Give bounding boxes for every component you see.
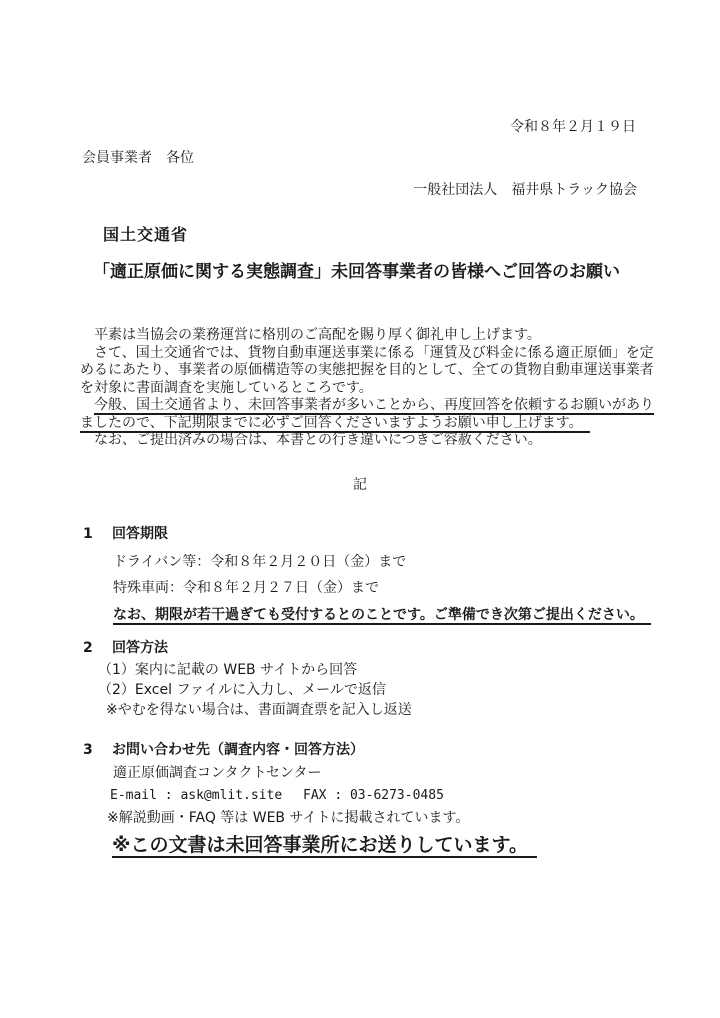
deadline-driver-van-line: ドライバン等：令和８年２月２０日（金）まで: [113, 553, 406, 571]
section-3-number: 3: [83, 741, 112, 759]
section-2-heading: 2回答方法: [83, 639, 168, 657]
deadline-special-vehicle-line: 特殊車両：令和８年２月２７日（金）まで: [113, 579, 379, 597]
contact-center-line: 適正原価調査コンタクトセンター: [113, 764, 321, 782]
body-line-greeting: 平素は当協会の業務運営に格別のご高配を賜り厚く御礼申し上げます。: [80, 327, 655, 345]
contact-email-fax-line: E-mail : ask@mlit.site FAX : 03-6273-048…: [110, 787, 444, 804]
issue-date: 令和８年２月１９日: [510, 118, 636, 136]
recipient-line: 会員事業者 各位: [82, 149, 194, 167]
sender-organization: 一般社団法人 福井県トラック協会: [413, 181, 637, 199]
body-line-request-1: 今般、国土交通省より、未回答事業者が多いことから、再度回答を依頼するお願いがあり: [80, 397, 655, 415]
reply-method-web-line: （1）案内に記載の WEB サイトから回答: [98, 661, 357, 679]
body-paragraph: 平素は当協会の業務運営に格別のご高配を賜り厚く御礼申し上げます。 さて、国土交通…: [80, 327, 655, 450]
document-page: 令和８年２月１９日 会員事業者 各位 一般社団法人 福井県トラック協会 国土交通…: [0, 0, 720, 1018]
footer-unanswered-note: ※この文書は未回答事業所にお送りしています。: [112, 832, 537, 858]
section-1-heading: 1回答期限: [83, 525, 168, 543]
reply-method-note-line: ※やむを得ない場合は、書面調査票を記入し返送: [106, 701, 412, 719]
ministry-heading: 国土交通省: [103, 225, 188, 245]
body-line-survey-1: さて、国土交通省では、貨物自動車運送事業に係る「運賃及び料金に係る適正原価」を定: [80, 345, 655, 363]
section-2-title: 回答方法: [112, 640, 168, 656]
section-3-heading: 3お問い合わせ先（調査内容・回答方法）: [83, 741, 364, 759]
underlined-request-text-1: 今般、国土交通省より、未回答事業者が多いことから、再度回答を依頼するお願いがあり: [94, 397, 654, 415]
underlined-request-text-2: ましたので、下記期限までに必ずご回答くださいますようお願い申し上げます。: [80, 415, 590, 433]
section-1-title: 回答期限: [112, 526, 168, 542]
body-line-request-2: ましたので、下記期限までに必ずご回答くださいますようお願い申し上げます。: [80, 415, 655, 433]
reply-method-excel-line: （2）Excel ファイルに入力し、メールで返信: [98, 681, 386, 699]
body-line-apology: なお、ご提出済みの場合は、本書との行き違いにつきご容赦ください。: [80, 432, 655, 450]
footer-unanswered-note-text: ※この文書は未回答事業所にお送りしています。: [112, 834, 537, 858]
body-line-survey-2: めるにあたり、事業者の原価構造等の実態把握を目的として、全ての貨物自動車運送事業…: [80, 362, 655, 380]
indent-space: [80, 397, 94, 413]
deadline-note-text: なお、期限が若干過ぎても受付するとのことです。ご準備でき次第ご提出ください。: [113, 607, 651, 625]
section-2-number: 2: [83, 639, 112, 657]
document-title: 「適正原価に関する実態調査」未回答事業者の皆様へご回答のお願い: [93, 261, 620, 283]
record-marker: 記: [0, 476, 720, 494]
body-line-survey-3: を対象に書面調査を実施しているところです。: [80, 380, 655, 398]
deadline-note-underlined: なお、期限が若干過ぎても受付するとのことです。ご準備でき次第ご提出ください。: [113, 606, 651, 625]
section-3-title: お問い合わせ先（調査内容・回答方法）: [112, 742, 364, 758]
contact-note-line: ※解説動画・FAQ 等は WEB サイトに掲載されています。: [107, 809, 469, 827]
section-1-number: 1: [83, 525, 112, 543]
